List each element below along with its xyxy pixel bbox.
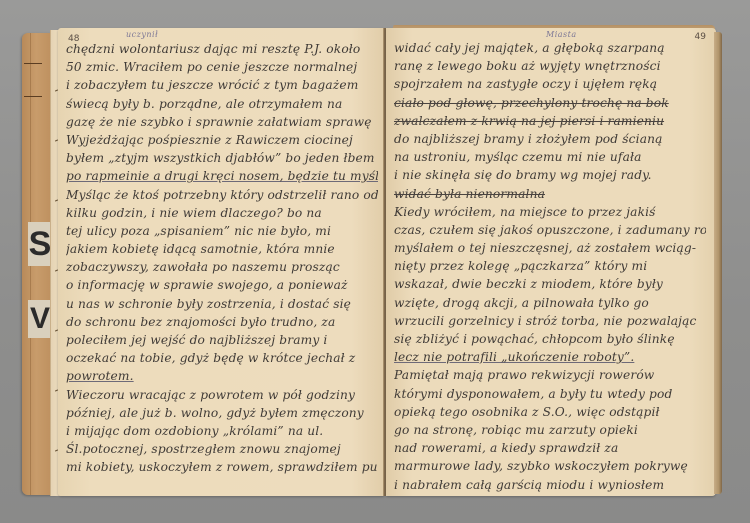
- text-line: świecą były b. porządne, ale otrzymałem …: [66, 95, 378, 113]
- open-notebook: 48 uczynił chędzni wolontariusz dając mi…: [58, 28, 722, 496]
- text-line: powrotem.: [66, 367, 378, 385]
- spine-label-s: S: [28, 222, 52, 266]
- text-line: którymi dysponowałem, a były tu wtedy po…: [394, 385, 706, 403]
- text-line: na ustroniu, myśląc czemu mi nie ufała: [394, 148, 706, 166]
- text-line: mi kobiety, uskoczyłem z rowem, sprawdzi…: [66, 458, 378, 476]
- text-line: myślałem o tej nieszczęsnej, aż zostałem…: [394, 239, 706, 257]
- text-line: widać cały jej majątek, a głęboką szarpa…: [394, 39, 706, 57]
- text-line: Pamiętał mają prawo rekwizycji rowerów: [394, 366, 706, 384]
- text-line: ranę z lewego boku aż wyjęty wnętrzności: [394, 57, 706, 75]
- text-line: oczekać na tobie, gdyż będę w krótce jec…: [66, 349, 378, 367]
- text-line: Kiedy wróciłem, na miejsce to przez jaki…: [394, 203, 706, 221]
- left-page: 48 uczynił chędzni wolontariusz dając mi…: [58, 28, 384, 496]
- text-line: opieką tego osobnika z S.O., więc odstąp…: [394, 403, 706, 421]
- text-line: 50 zmic. Wraciłem po cenie jeszcze norma…: [66, 58, 378, 76]
- text-line: i zobaczyłem tu jeszcze wrócić z tym bag…: [66, 76, 378, 94]
- text-line: nięty przez kolegę „pączkarza” który mi: [394, 257, 706, 275]
- text-line: go na stronę, robiąc mu zarzuty opieki: [394, 421, 706, 439]
- text-line: zobaczywszy, zawołała po naszemu prosząc: [66, 258, 378, 276]
- right-page: 49 Miasta widać cały jej majątek, a głęb…: [386, 28, 716, 496]
- text-line: się zbliżyć i powąchać, chłopcom było śl…: [394, 330, 706, 348]
- text-line: Wyjeżdżając pośpiesznie z Rawiczem cioci…: [66, 131, 378, 149]
- text-line: poleciłem jej wejść do najbliższej bramy…: [66, 331, 378, 349]
- text-line: do schronu bez znajomości było trudno, z…: [66, 313, 378, 331]
- text-line: i nabrałem całą garścią miodu i wyniosłe…: [394, 476, 706, 494]
- handwritten-text-block: chędzni wolontariusz dając mi resztę P.J…: [66, 40, 378, 477]
- text-line: kilku godzin, i nie wiem dlaczego? bo na: [66, 204, 378, 222]
- text-line: jakiem kobietę idącą samotnie, która mni…: [66, 240, 378, 258]
- text-line: zwalczałem z krwią na jej piersi i ramie…: [394, 112, 706, 130]
- text-line: lecz nie potrafili „ukończenie roboty”.: [394, 348, 706, 366]
- text-line: tej ulicy poza „spisaniem” nic nie było,…: [66, 222, 378, 240]
- text-line: do najbliższej bramy i złożyłem pod ścia…: [394, 130, 706, 148]
- text-line: u nas w schronie były zostrzenia, i dost…: [66, 295, 378, 313]
- cover-mark: [24, 63, 42, 64]
- spine-label-v: V: [28, 300, 52, 338]
- text-line: o informację w sprawie swojego, a poniew…: [66, 276, 378, 294]
- text-line: wskazał, dwie beczki z miodem, które był…: [394, 275, 706, 293]
- text-line: wzięte, drogą akcji, a pilnowała tylko g…: [394, 294, 706, 312]
- text-line: później, ale już b. wolno, gdyż byłem zm…: [66, 404, 378, 422]
- text-line: chędzni wolontariusz dając mi resztę P.J…: [66, 40, 378, 58]
- page-block-edge: [714, 32, 722, 494]
- text-line: i mijając dom ozdobiony „królami” na ul.: [66, 422, 378, 440]
- text-line: czas, czułem się jakoś opuszczone, i zad…: [394, 221, 706, 239]
- pencil-annotation: uczynił: [126, 30, 158, 39]
- text-line: Wieczoru wracając z powrotem w pół godzi…: [66, 386, 378, 404]
- text-line: widać była nienormalna: [394, 185, 706, 203]
- text-line: po rapmeinie a drugi kręci nosem, będzie…: [66, 167, 378, 185]
- text-line: wrzucili gorzelnicy i stróż torba, nie p…: [394, 312, 706, 330]
- handwritten-text-block: widać cały jej majątek, a głęboką szarpa…: [394, 39, 706, 494]
- text-line: Myśląc że ktoś potrzebny który odstrzeli…: [66, 186, 378, 204]
- text-line: i nie skinęła się do bramy wg mojej rady…: [394, 166, 706, 184]
- cover-mark: [24, 96, 42, 97]
- text-line: spojrzałem na zastygłe oczy i ujęłem ręk…: [394, 75, 706, 93]
- text-line: nad rowerami, a kiedy sprawdził za: [394, 439, 706, 457]
- pencil-annotation: Miasta: [546, 30, 577, 39]
- text-line: marmurowe lady, szybko wskoczyłem pokryw…: [394, 457, 706, 475]
- text-line: byłem „ztyjm wszystkich djabłów” bo jede…: [66, 149, 378, 167]
- text-line: ciało pod głowę, przechylony trochę na b…: [394, 94, 706, 112]
- text-line: Śl.potocznej, spostrzegłem znowu znajome…: [66, 440, 378, 458]
- text-line: gazę że nie szybko i sprawnie załatwiam …: [66, 113, 378, 131]
